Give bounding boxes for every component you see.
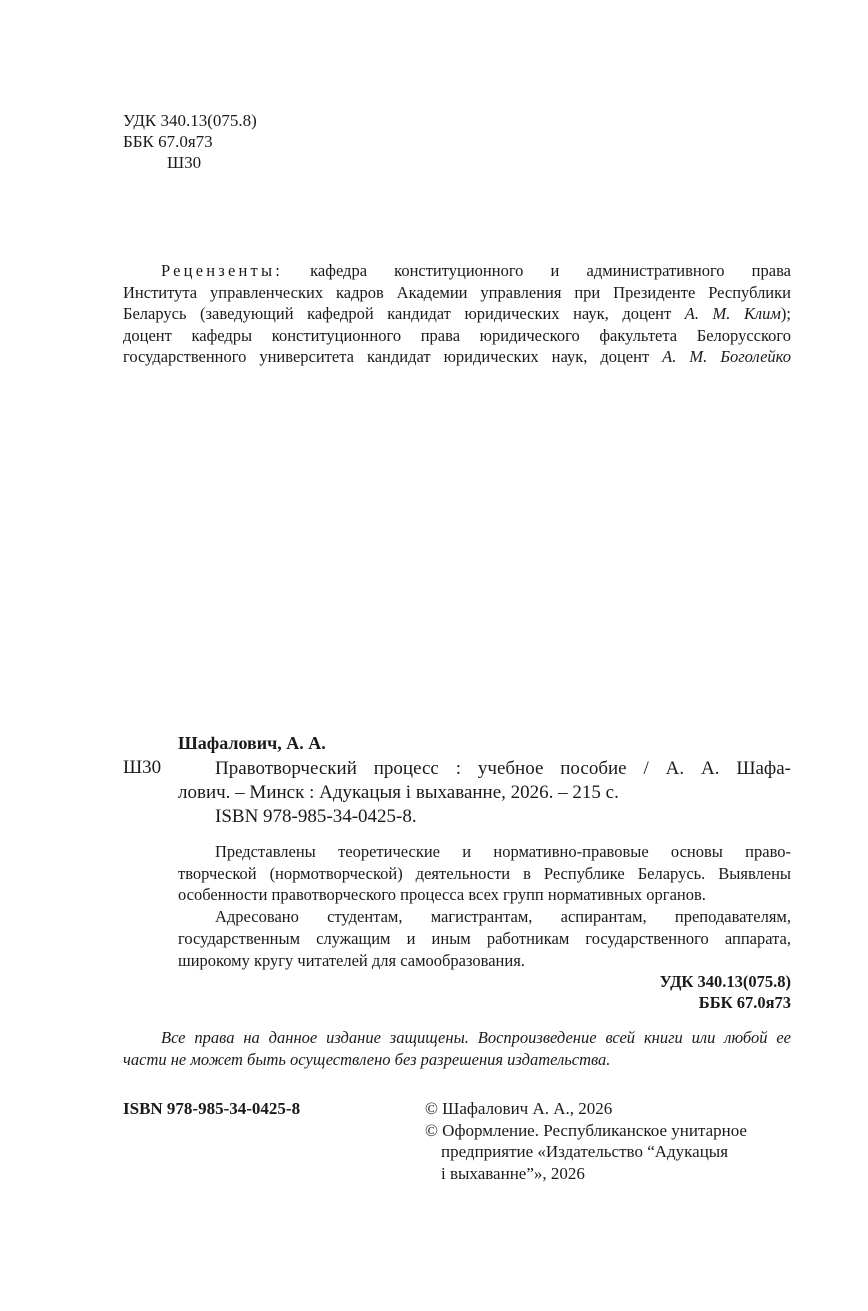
reviewer-1-name: А. М. Клим xyxy=(685,304,781,323)
reviewers-line: Института управленческих кадров Академии… xyxy=(123,282,791,304)
isbn: ISBN 978-985-34-0425-8 xyxy=(123,1099,300,1119)
annotation-line: широкому кругу читателей для самообразов… xyxy=(178,950,791,972)
annotation-line: Адресовано студентам, магистрантам, аспи… xyxy=(178,906,791,928)
bbk-code: ББК 67.0я73 xyxy=(123,131,257,152)
annotation-line: государственным служащим и иным работник… xyxy=(178,928,791,950)
author-sign: Ш30 xyxy=(123,152,257,173)
copyright-block: © Шафалович А. А., 2026 © Оформление. Ре… xyxy=(425,1098,747,1184)
copyright-line: © Шафалович А. А., 2026 xyxy=(425,1098,747,1120)
reviewers-line: государственного университета кандидат ю… xyxy=(123,346,791,368)
annotation-udk: УДК 340.13(075.8) xyxy=(178,971,791,992)
rights-line: части не может быть осуществлено без раз… xyxy=(123,1049,791,1071)
annotation-bbk: ББК 67.0я73 xyxy=(178,992,791,1013)
annotation-line: творческой (нормотворческой) деятельност… xyxy=(178,863,791,885)
card-author: Шафалович, А. А. xyxy=(178,733,326,754)
copyright-line: предприятие «Издательство “Адукацыя xyxy=(425,1141,747,1163)
classification-block: УДК 340.13(075.8) ББК 67.0я73 Ш30 xyxy=(123,110,257,173)
annotation-block: Представлены теоретические и нормативно-… xyxy=(178,841,791,1013)
copyright-line: © Оформление. Республиканское унитарное xyxy=(425,1120,747,1142)
card-description-line: Правотворческий процесс : учебное пособи… xyxy=(178,757,791,781)
annotation-line: особенности правотворческого процесса вс… xyxy=(178,884,791,906)
reviewers-label: Рецензенты: xyxy=(161,261,283,280)
reviewers-line: Беларусь (заведующий кафедрой кандидат ю… xyxy=(123,303,791,325)
udk-code: УДК 340.13(075.8) xyxy=(123,110,257,131)
annotation-line: Представлены теоретические и нормативно-… xyxy=(178,841,791,863)
card-description-line: лович. – Минск : Адукацыя і выхаванне, 2… xyxy=(178,781,791,805)
copyright-line: і выхаванне”», 2026 xyxy=(425,1163,747,1185)
rights-notice: Все права на данное издание защищены. Во… xyxy=(123,1027,791,1071)
card-cipher: Ш30 xyxy=(123,757,161,779)
card-isbn: ISBN 978-985-34-0425-8. xyxy=(178,805,791,829)
reviewer-2-name: А. М. Боголейко xyxy=(662,347,791,366)
reviewers-line: доцент кафедры конституционного права юр… xyxy=(123,325,791,347)
card-description: Правотворческий процесс : учебное пособи… xyxy=(178,757,791,829)
rights-line: Все права на данное издание защищены. Во… xyxy=(123,1027,791,1049)
reviewers-block: Рецензенты: кафедра конституционного и а… xyxy=(123,260,791,368)
reviewers-line: Рецензенты: кафедра конституционного и а… xyxy=(123,260,791,282)
